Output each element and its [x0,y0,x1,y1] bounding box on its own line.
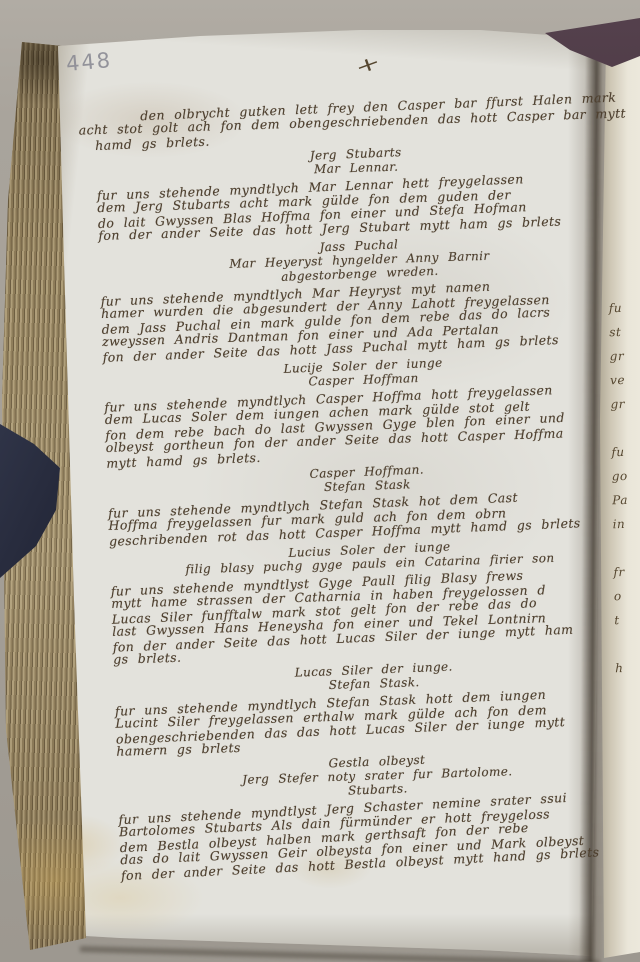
fragment-line [613,536,639,560]
fragment-line: fu [611,440,637,464]
fragment-line: fu [609,296,635,320]
record-paragraph: fur uns stehende myndtlych Mar Heyryst m… [100,277,590,364]
record-paragraph: fur uns stehende myndtlyst Gyge Paull fi… [111,567,602,668]
fragment-line: gr [609,344,635,368]
fragment-line: fr [613,560,639,584]
fragment-line: h [615,656,640,680]
fragment-line [615,632,640,656]
fragment-line: Pa [612,488,638,512]
fragment-line: ve [610,368,636,392]
fragment-line [611,416,637,440]
fragment-line: gr [610,392,636,416]
fragment-line: st [609,320,635,344]
fragment-line: go [612,464,638,488]
fragment-line: in [612,512,638,536]
fragment-line: t [614,608,640,632]
fragment-line: o [614,584,640,608]
manuscript-photo: 448 + den olbrycht gutken lett frey den … [0,0,640,962]
manuscript-text: den olbrycht gutken lett frey den Casper… [94,93,609,885]
record-paragraph: fur uns stehende myndtlych Casper Hoffma… [104,383,594,470]
folio-number: 448 [65,48,113,76]
